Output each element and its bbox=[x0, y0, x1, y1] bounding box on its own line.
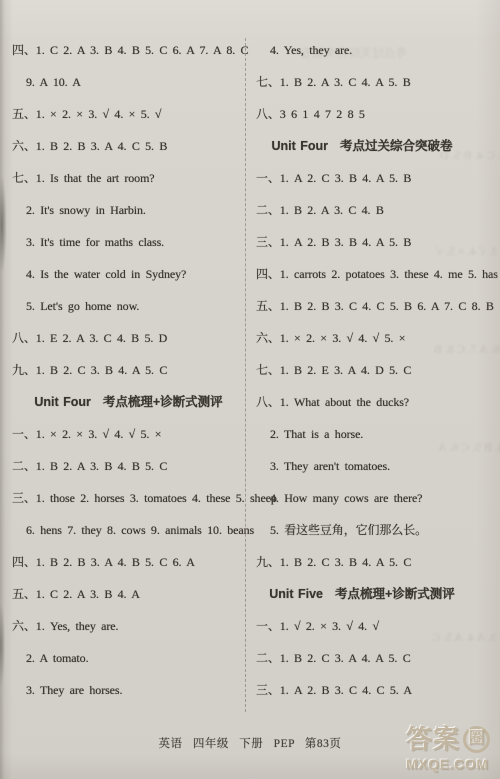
answer-line: 四、1. B 2. B 3. A 4. B 5. C 6. A bbox=[12, 546, 245, 578]
bleedthrough-text: 四、1. B 2. B 3. A 4. B 5. C 6. A bbox=[438, 438, 500, 455]
answer-line: 七、1. B 2. A 3. C 4. A 5. B bbox=[256, 66, 468, 98]
answer-line: 三、1. those 2. horses 3. tomatoes 4. thes… bbox=[12, 482, 245, 514]
answer-line: 3. They are horses. bbox=[12, 674, 245, 706]
answer-line: 四、1. C 2. A 3. B 4. B 5. C 6. A 7. A 8. … bbox=[12, 34, 245, 66]
unit-title-en: Unit Five bbox=[269, 587, 323, 601]
bleedthrough-text: 五、1. B 2. B 3. C 4. C 5. B 6. A 7. C 8. … bbox=[434, 340, 500, 357]
answer-line: 八、3 6 1 4 7 2 8 5 bbox=[256, 98, 468, 130]
answer-line: 六、1. B 2. B 3. A 4. C 5. B bbox=[12, 130, 245, 162]
watermark-brand-text: 答案 bbox=[406, 724, 460, 754]
answer-line: 九、1. B 2. C 3. B 4. A 5. C bbox=[12, 354, 245, 386]
answer-line: 五、1. C 2. A 3. B 4. A bbox=[12, 578, 245, 610]
watermark-site-url: MXQE.COM bbox=[406, 756, 490, 772]
unit-title-zh: 考点过关综合突破卷 bbox=[340, 139, 453, 153]
unit-title-en: Unit Four bbox=[34, 395, 91, 409]
section-heading-unit-five-review: Unit Five考点梳理+诊断式测评 bbox=[256, 578, 468, 610]
answer-line: 六、1. Yes, they are. bbox=[12, 610, 245, 642]
section-heading-unit-four-breakthrough: Unit Four考点过关综合突破卷 bbox=[256, 130, 468, 162]
answer-line: 3. They aren't tomatoes. bbox=[256, 450, 468, 482]
answer-line: 四、1. carrots 2. potatoes 3. these 4. me … bbox=[256, 258, 468, 290]
answer-line: 二、1. B 2. A 3. B 4. B 5. C bbox=[12, 450, 245, 482]
answer-line: 3. It's time for maths class. bbox=[12, 226, 245, 258]
answer-line: 一、1. × 2. × 3. √ 4. √ 5. × bbox=[12, 418, 245, 450]
answer-line: 五、1. × 2. × 3. √ 4. × 5. √ bbox=[12, 98, 245, 130]
answer-line: 2. It's snowy in Harbin. bbox=[12, 194, 245, 226]
answer-line: 一、1. A 2. C 3. B 4. A 5. B bbox=[256, 162, 468, 194]
left-answer-column: 四、1. C 2. A 3. B 4. B 5. C 6. A 7. A 8. … bbox=[12, 34, 245, 706]
answer-line: 五、1. B 2. B 3. C 4. C 5. B 6. A 7. C 8. … bbox=[256, 290, 468, 322]
bleedthrough-text: 考点过关综合突破卷 bbox=[300, 44, 408, 61]
watermark: 答案圈 MXQE.COM bbox=[406, 724, 490, 772]
section-heading-unit-four-review: Unit Four考点梳理+诊断式测评 bbox=[12, 386, 245, 418]
answer-line: 二、1. B 2. C 3. A 4. A 5. C bbox=[256, 642, 468, 674]
answer-line: 二、1. B 2. A 3. C 4. B bbox=[256, 194, 468, 226]
column-divider bbox=[245, 38, 246, 712]
answer-line: 5. 看这些豆角，它们那么长。 bbox=[256, 514, 468, 546]
answer-line: 三、1. A 2. B 3. C 4. C 5. A bbox=[256, 674, 468, 706]
unit-title-zh: 考点梳理+诊断式测评 bbox=[335, 587, 455, 601]
answer-line: 6. hens 7. they 8. cows 9. animals 10. b… bbox=[12, 514, 245, 546]
answer-line: 4. Is the water cold in Sydney? bbox=[12, 258, 245, 290]
bleedthrough-text: 八、1. E 2. A 3. C 4. B 5. D bbox=[440, 146, 500, 163]
right-answer-column: 4. Yes, they are. 七、1. B 2. A 3. C 4. A … bbox=[256, 34, 468, 706]
answer-line: 5. Let's go home now. bbox=[12, 290, 245, 322]
bleedthrough-text: 二、1. B 2. C 3. A 4. A 5. C bbox=[432, 628, 500, 645]
unit-title-en: Unit Four bbox=[271, 139, 328, 153]
scanned-answer-page: 考点过关综合突破卷 八、1. E 2. A 3. C 4. B 5. D 五、1… bbox=[0, 0, 500, 779]
answer-line: 4. How many cows are there? bbox=[256, 482, 468, 514]
bleedthrough-text: 五、1. × 2. × 3. √ 4. × 5. √ bbox=[436, 242, 500, 259]
answer-line: 七、1. B 2. E 3. A 4. D 5. C bbox=[256, 354, 468, 386]
answer-line: 八、1. E 2. A 3. C 4. B 5. D bbox=[12, 322, 245, 354]
watermark-brand: 答案圈 bbox=[406, 724, 490, 754]
answer-line: 七、1. Is that the art room? bbox=[12, 162, 245, 194]
answer-line: 9. A 10. A bbox=[12, 66, 245, 98]
answer-line: 九、1. B 2. C 3. B 4. A 5. C bbox=[256, 546, 468, 578]
unit-title-zh: 考点梳理+诊断式测评 bbox=[103, 395, 223, 409]
answer-line: 八、1. What about the ducks? bbox=[256, 386, 468, 418]
answer-line: 2. A tomato. bbox=[12, 642, 245, 674]
watermark-circle-icon: 圈 bbox=[463, 726, 490, 753]
answer-line: 2. That is a horse. bbox=[256, 418, 468, 450]
